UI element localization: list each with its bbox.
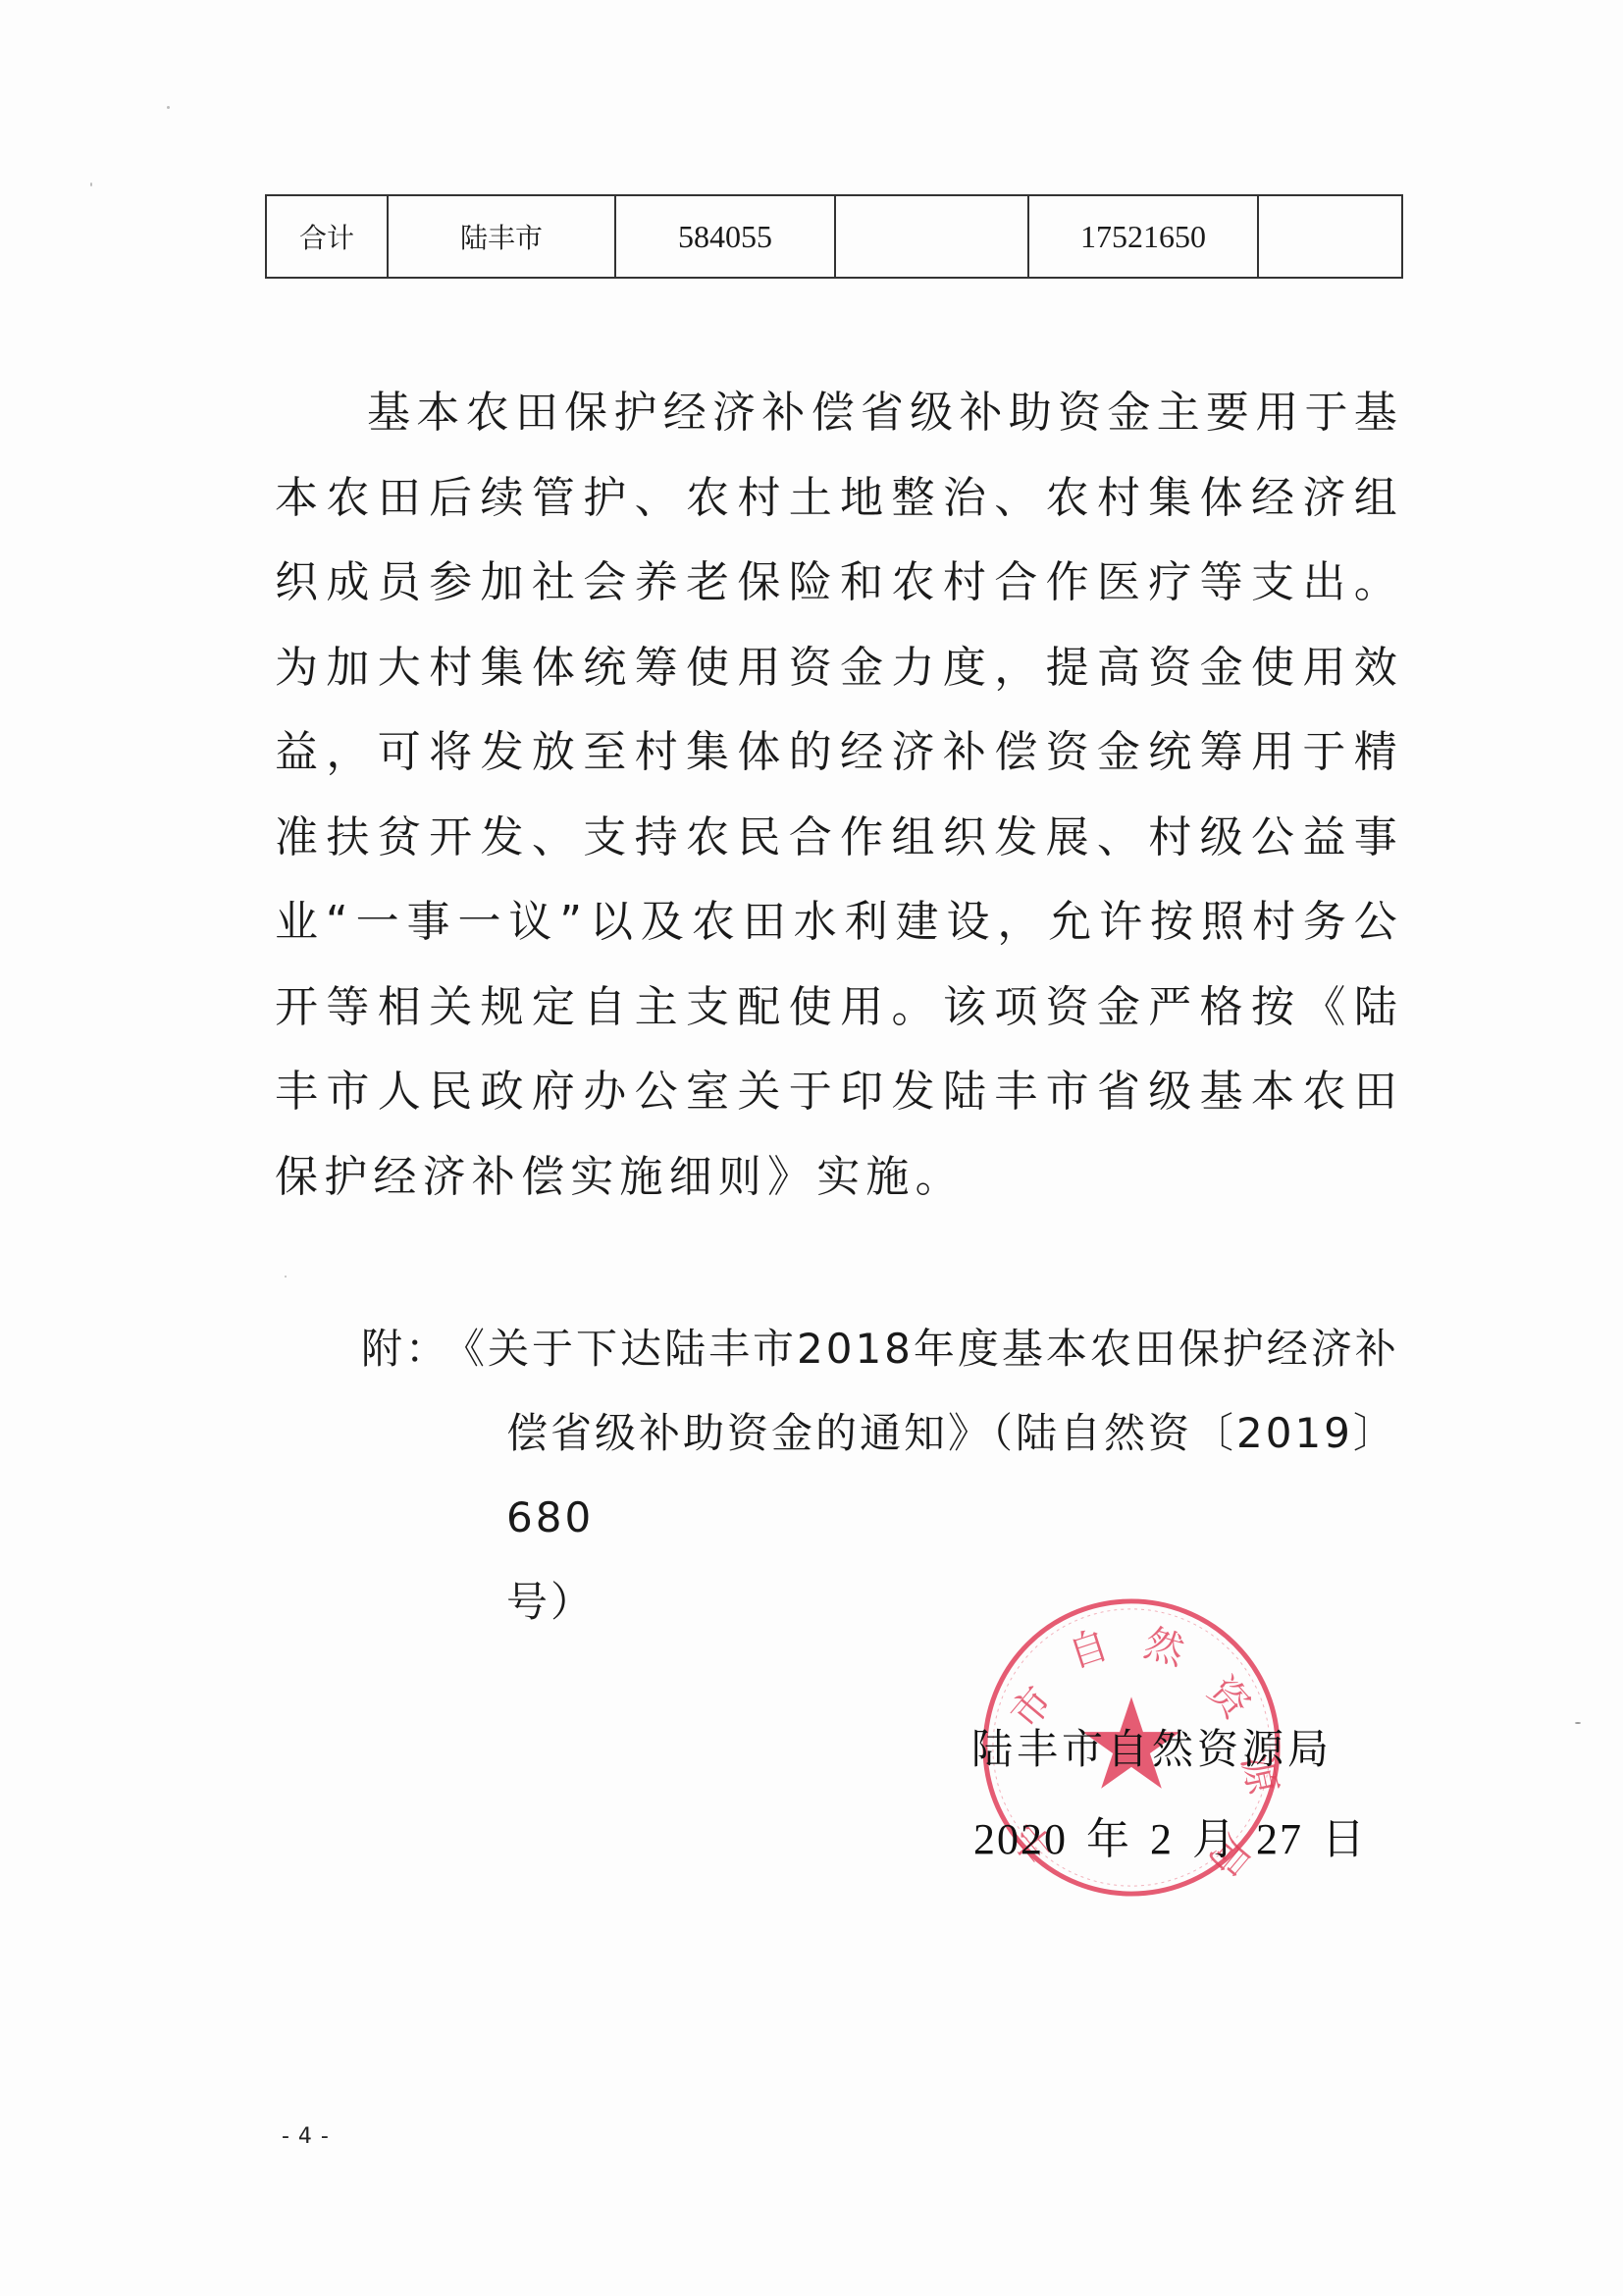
signing-organization: 陆丰市自然资源局	[971, 1717, 1333, 1776]
svg-text:然: 然	[1139, 1620, 1190, 1675]
scan-speck	[90, 183, 92, 186]
scan-speck	[285, 1276, 287, 1278]
document-page: 合计 陆丰市 584055 17521650 基本农田保护经济补偿省级补助资金主…	[0, 0, 1623, 2296]
attachment-line-2: 偿省级补助资金的通知》（陆自然资〔2019〕680	[457, 1391, 1411, 1560]
scan-speck	[167, 106, 170, 109]
body-paragraph: 基本农田保护经济补偿省级补助资金主要用于基本农田后续管护、农村土地整治、农村集体…	[275, 371, 1403, 1220]
page-number: - 4 -	[282, 2124, 330, 2149]
attachment-label: 附：	[361, 1307, 449, 1391]
cell-label: 合计	[266, 195, 388, 278]
scan-speck	[1575, 1722, 1581, 1724]
cell-amount: 17521650	[1028, 195, 1258, 278]
cell-region: 陆丰市	[388, 195, 615, 278]
cell-area: 584055	[615, 195, 835, 278]
summary-table: 合计 陆丰市 584055 17521650	[265, 194, 1403, 279]
cell-empty-1	[835, 195, 1028, 278]
svg-text:自: 自	[1063, 1622, 1114, 1677]
signing-date: 2020 年 2 月 27 日	[973, 1803, 1367, 1866]
cell-empty-2	[1258, 195, 1402, 278]
table-row-total: 合计 陆丰市 584055 17521650	[266, 195, 1402, 278]
attachment-line-1: 《关于下达陆丰市2018年度基本农田保护经济补	[444, 1307, 1411, 1391]
